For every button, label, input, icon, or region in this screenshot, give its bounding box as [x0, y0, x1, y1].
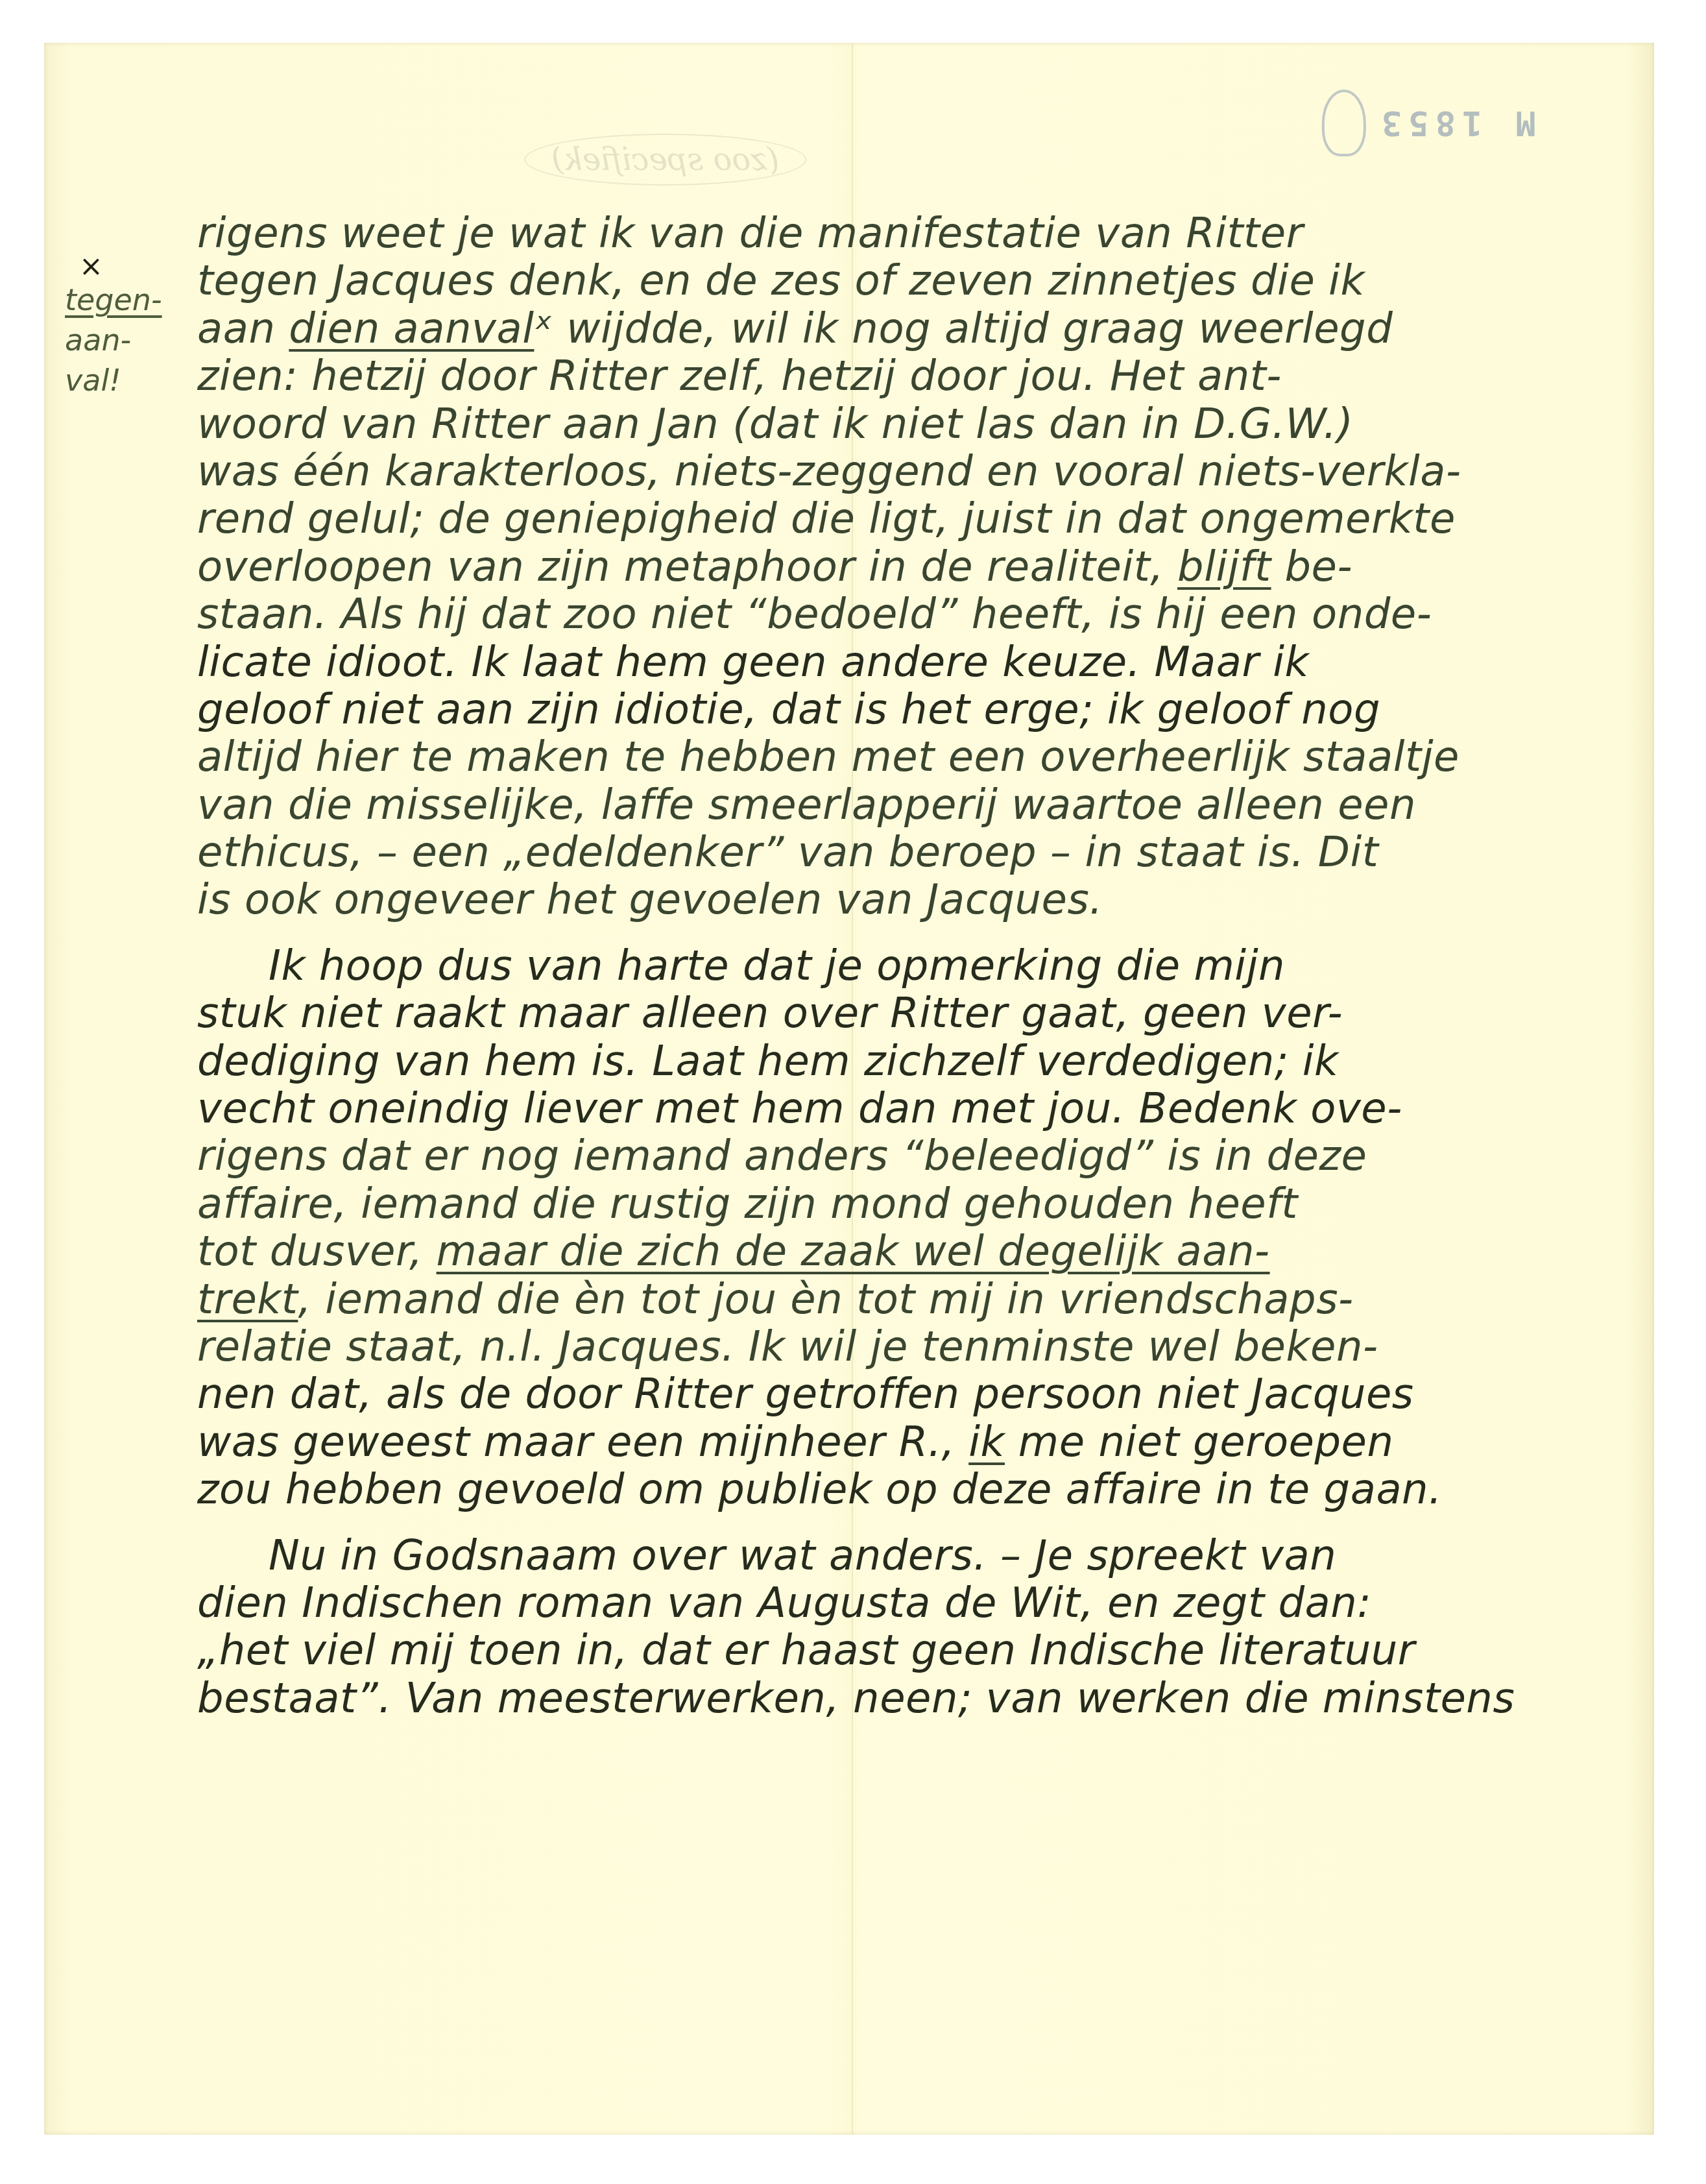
underlined-phrase: trekt — [197, 1276, 298, 1324]
text-line: bestaat”. Van meesterwerken, neen; van w… — [197, 1675, 1657, 1723]
text-line: licate idioot. Ik laat hem geen andere k… — [197, 639, 1657, 686]
text-line: overloopen van zijn metaphoor in de real… — [197, 544, 1657, 591]
text-line: rigens weet je wat ik van die manifestat… — [197, 210, 1657, 258]
paragraph-start-line: Ik hoop dus van harte dat je opmerking d… — [197, 943, 1657, 990]
text-span: , iemand die èn tot jou èn tot mij in vr… — [298, 1276, 1353, 1324]
text-line: was geweest maar een mijnheer R., ik me … — [197, 1419, 1657, 1466]
text-span: tot dusver, — [197, 1228, 437, 1276]
text-line: trekt, iemand die èn tot jou èn tot mij … — [197, 1276, 1657, 1324]
text-line: altijd hier te maken te hebben met een o… — [197, 734, 1657, 781]
letter-paper: (zoo specifiek) M 1853 × tegen- aan- val… — [44, 43, 1654, 2135]
text-line: dediging van hem is. Laat hem zichzelf v… — [197, 1038, 1657, 1086]
text-line: vecht oneindig liever met hem dan met jo… — [197, 1086, 1657, 1133]
text-line: zien: hetzij door Ritter zelf, hetzij do… — [197, 353, 1657, 400]
cross-mark-icon: × — [79, 254, 143, 280]
text-line: woord van Ritter aan Jan (dat ik niet la… — [197, 401, 1657, 448]
text-line: rend gelul; de geniepigheid die ligt, ju… — [197, 496, 1657, 543]
bleed-through-pencil-note: (zoo specifiek) — [524, 134, 806, 186]
margin-note-line-1: tegen- — [65, 282, 162, 317]
underlined-phrase: maar die zich de zaak wel degelijk aan- — [437, 1228, 1270, 1276]
text-line: dien Indischen roman van Augusta de Wit,… — [197, 1580, 1657, 1627]
text-line: geloof niet aan zijn idiotie, dat is het… — [197, 686, 1657, 734]
underlined-phrase: ik — [968, 1418, 1005, 1466]
text-line: was één karakterloos, niets-zeggend en v… — [197, 448, 1657, 496]
text-line: nen dat, als de door Ritter getroffen pe… — [197, 1371, 1657, 1418]
paragraph-start-line: Nu in Godsnaam over wat anders. – Je spr… — [197, 1533, 1657, 1580]
text-line: stuk niet raakt maar alleen over Ritter … — [197, 990, 1657, 1037]
margin-note-line-3: val! — [65, 363, 121, 398]
text-span: was geweest maar een mijnheer R., — [197, 1418, 968, 1466]
text-line: aan dien aanvalˣ wijdde, wil ik nog alti… — [197, 306, 1657, 353]
margin-note-line-2: aan- — [65, 322, 131, 358]
text-line: van die misselijke, laffe smeerlapperij … — [197, 782, 1657, 829]
stamp-number: M 1853 — [1375, 104, 1536, 143]
archive-stamp: M 1853 — [1322, 90, 1536, 156]
text-line: tegen Jacques denk, en de zes of zeven z… — [197, 258, 1657, 305]
text-line: tot dusver, maar die zich de zaak wel de… — [197, 1228, 1657, 1276]
text-span: overloopen van zijn metaphoor in de real… — [197, 543, 1177, 591]
text-span: be- — [1271, 543, 1352, 591]
text-line: zou hebben gevoeld om publiek op deze af… — [197, 1466, 1657, 1514]
text-line: affaire, iemand die rustig zijn mond geh… — [197, 1181, 1657, 1228]
stamp-emblem-icon — [1322, 90, 1366, 156]
underlined-phrase: blijft — [1177, 543, 1271, 591]
text-span: aan — [197, 305, 289, 353]
text-line: „het viel mij toen in, dat er haast geen… — [197, 1627, 1657, 1675]
margin-annotation: × tegen- aan- val! — [65, 254, 143, 400]
text-line: ethicus, – een „edeldenker” van beroep –… — [197, 829, 1657, 877]
text-line: rigens dat er nog iemand anders “beleedi… — [197, 1133, 1657, 1180]
text-line: is ook ongeveer het gevoelen van Jacques… — [197, 877, 1657, 924]
underlined-phrase: dien aanval — [289, 305, 534, 353]
text-span: ˣ wijdde, wil ik nog altijd graag weerle… — [534, 305, 1393, 353]
text-span: me niet geroepen — [1005, 1418, 1393, 1466]
text-line: relatie staat, n.l. Jacques. Ik wil je t… — [197, 1324, 1657, 1371]
text-line: staan. Als hij dat zoo niet “bedoeld” he… — [197, 591, 1657, 638]
letter-body: rigens weet je wat ik van die manifestat… — [197, 210, 1657, 1723]
